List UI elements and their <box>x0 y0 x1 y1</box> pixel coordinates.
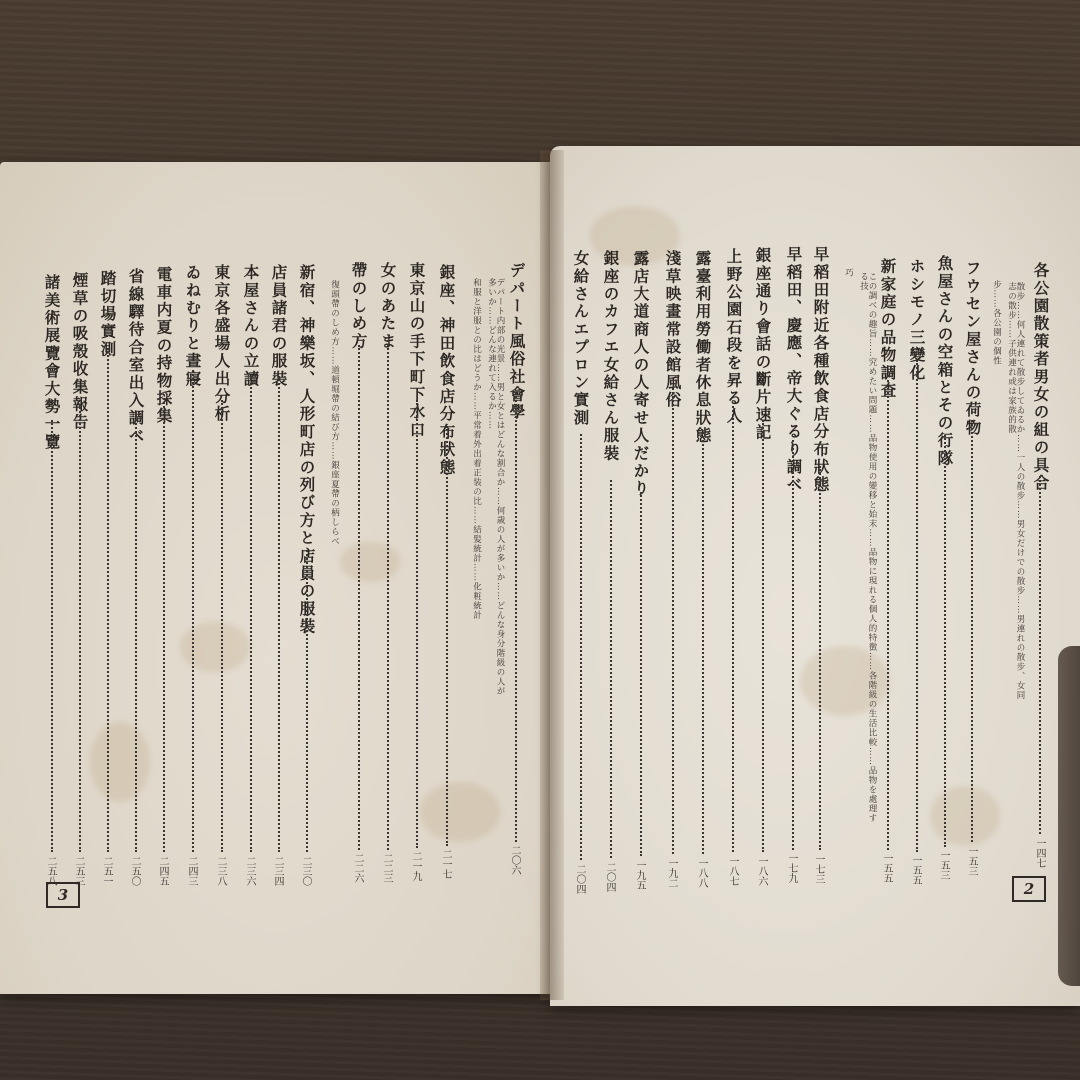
page-folio-number: 2 <box>1012 876 1046 902</box>
dot-leader <box>819 466 821 850</box>
paper-stain <box>90 722 150 802</box>
paper-stain <box>930 786 1000 846</box>
dot-leader <box>306 550 308 852</box>
page-number: 二五〇 <box>129 856 139 886</box>
toc-entry-title[interactable]: フウセン屋さんの荷物 <box>964 260 980 437</box>
dot-leader <box>515 392 517 842</box>
dot-leader <box>358 345 360 850</box>
dot-leader <box>944 435 946 847</box>
page-number: 二一九 <box>410 851 420 881</box>
dot-leader <box>416 400 418 848</box>
toc-entry-title[interactable]: 踏切場實測 <box>99 270 115 359</box>
page-number: 二五一 <box>101 856 111 886</box>
page-number: 二四五 <box>157 856 167 886</box>
page-number: 一八七 <box>727 856 737 886</box>
page-number: 一八八 <box>696 858 706 888</box>
page-number: 一七九 <box>786 853 796 883</box>
page-number: 一四七 <box>1034 838 1044 868</box>
dot-leader <box>107 348 109 852</box>
page-number: 二〇四 <box>604 862 614 892</box>
toc-entry-title[interactable]: 淺草映畫常設館風俗 <box>664 250 680 409</box>
dot-leader <box>387 340 389 850</box>
toc-entry-title[interactable]: 銀座通り會話の斷片速記 <box>754 247 770 442</box>
page-number: 一八六 <box>756 856 766 886</box>
dot-leader <box>221 400 223 852</box>
dot-leader <box>672 388 674 854</box>
page-number: 一五五 <box>910 855 920 885</box>
toc-entry-subtitle: 巧 <box>844 268 853 278</box>
dot-leader <box>192 370 194 852</box>
dot-leader <box>250 376 252 852</box>
page-number: 一九五 <box>634 860 644 890</box>
toc-entry-title[interactable]: 女のあたま <box>379 262 395 351</box>
toc-entry-subtitle: デパート内部の光景……男と女とはどんな割合か……何歳の人が多いか……どんな身分階… <box>487 278 504 698</box>
book-gutter <box>540 150 564 1000</box>
dot-leader <box>971 420 973 842</box>
dot-leader <box>887 375 889 850</box>
toc-entry-title[interactable]: 女給さんエプロン實測 <box>572 250 588 427</box>
page-number: 二三六 <box>244 856 254 886</box>
paper-stain <box>340 542 400 582</box>
dot-leader <box>762 420 764 852</box>
page-folio-number: 3 <box>46 882 80 908</box>
dot-leader <box>916 360 918 852</box>
toc-entry-title[interactable]: 露臺利用勞働者休息狀態 <box>694 250 710 445</box>
paper-stain <box>420 782 500 842</box>
page-number: 二三八 <box>215 856 225 886</box>
toc-entry-subtitle: 步……各公園の個性 <box>992 280 1001 366</box>
dot-leader <box>580 434 582 860</box>
page-number: 二〇六 <box>509 845 519 875</box>
dot-leader <box>640 492 642 856</box>
toc-entry-title[interactable]: 上野公園石段を昇る人 <box>725 248 741 425</box>
page-number: 二三〇 <box>300 856 310 886</box>
dot-leader <box>610 480 612 858</box>
page-number: 一五三 <box>966 846 976 876</box>
dot-leader <box>1039 476 1041 834</box>
page-number: 一五三 <box>938 850 948 880</box>
page-number: 二〇四 <box>574 864 584 894</box>
dot-leader <box>702 432 704 854</box>
dot-leader <box>79 404 81 852</box>
page-number: 二一七 <box>440 849 450 879</box>
toc-entry-title[interactable]: 銀座のカフエ女給さん服裝 <box>602 250 618 462</box>
toc-entry-subtitle: この調べの趣旨……究めたい問題……品物使用の變移と始末……品物に現れる個人的特徴… <box>859 272 876 832</box>
dot-leader <box>446 426 448 846</box>
dot-leader <box>792 440 794 850</box>
dot-leader <box>732 406 734 852</box>
page-number: 一九二 <box>666 858 676 888</box>
dot-leader <box>163 398 165 852</box>
page-number: 二二三 <box>381 853 391 883</box>
page-number: 二三四 <box>272 856 282 886</box>
toc-entry-subtitle: 散步……何人連れて散步してゐるか……一人の散步……男女だけでの散步……男連れの散… <box>1007 282 1024 702</box>
toc-entry-title[interactable]: 本屋さんの立讀 <box>242 264 258 388</box>
toc-entry-title[interactable]: 早稻田附近各種飲食店分布狀態 <box>812 246 828 494</box>
page-number: 二二六 <box>352 853 362 883</box>
toc-entry-title[interactable]: 露店大道商人の人寄せ人だかり <box>632 250 648 498</box>
paper-stain <box>180 622 250 672</box>
toc-entry-title[interactable]: 各公園散策者男女の組の具合 <box>1032 262 1048 492</box>
toc-entry-title[interactable]: 店員諸君の服裝 <box>270 264 286 388</box>
dot-leader <box>135 412 137 852</box>
toc-entry-title[interactable]: 帶のしめ方 <box>350 262 366 351</box>
dot-leader <box>51 420 53 852</box>
dot-leader <box>278 376 280 852</box>
thumb-holding-page <box>1058 646 1080 986</box>
page-number: 一七三 <box>813 854 823 884</box>
page-number: 二四三 <box>186 856 196 886</box>
toc-entry-subtitle: 和服と洋服との比はどうか……平常着外出着正装の比……結髪統計……化粧統計 <box>472 278 481 620</box>
page-number: 一五五 <box>881 853 891 883</box>
toc-entry-subtitle: 復頭帶のしめ方……道頓堀帶の結び方……銀座夏帶の柄しらべ <box>330 280 339 546</box>
